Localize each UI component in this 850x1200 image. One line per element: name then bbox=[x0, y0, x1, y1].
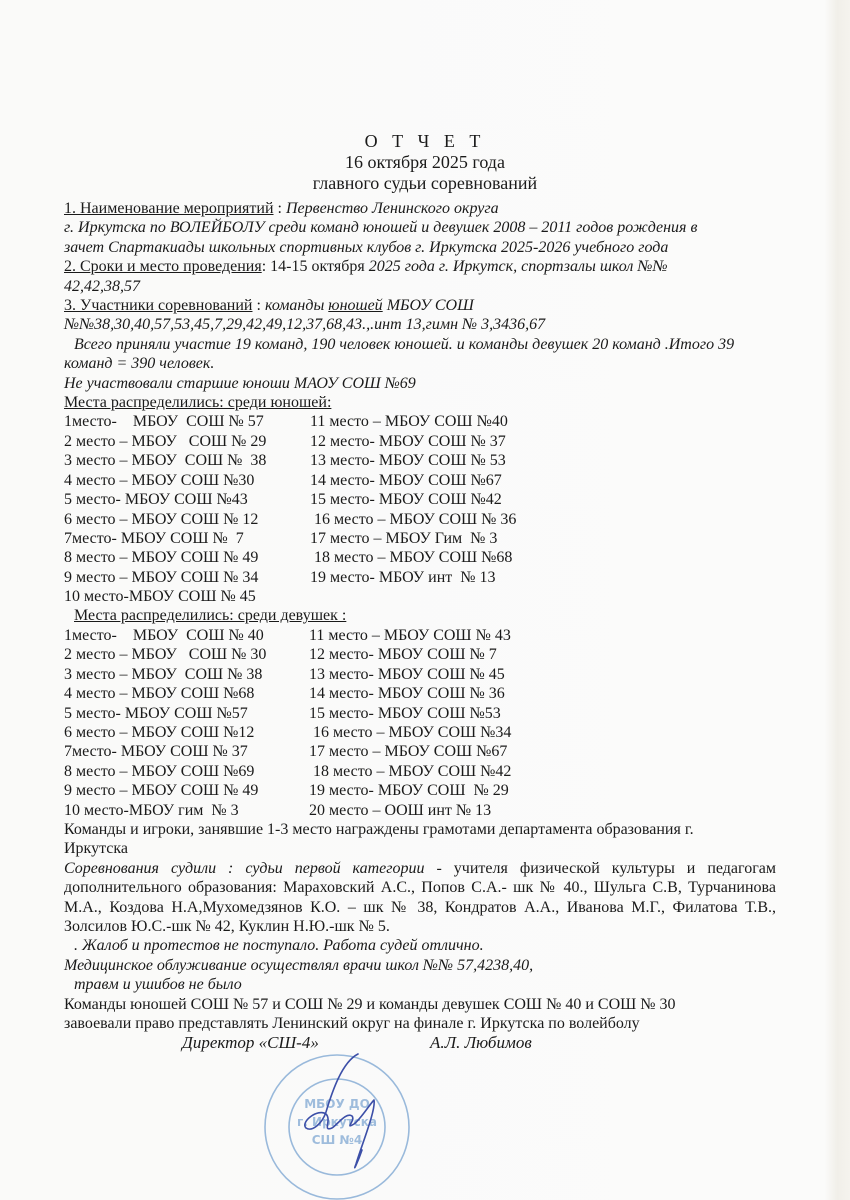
svg-text:МБОУ ДО: МБОУ ДО bbox=[304, 1097, 370, 1111]
participant-totals-cont: команд = 390 человек. bbox=[64, 354, 776, 373]
boys-place-item: 13 место- МБОУ СОШ № 53 bbox=[310, 451, 516, 470]
girls-place-item: 19 место- МБОУ СОШ № 29 bbox=[309, 781, 511, 800]
report-header: О Т Ч Е Т 16 октября 2025 года главного … bbox=[0, 131, 850, 194]
judges-intro: Соревнования судили : судьи первой катег… bbox=[64, 860, 425, 877]
boys-place-item: 11 место – МБОУ СОШ №40 bbox=[310, 412, 516, 431]
boys-place-item: 4 место – МБОУ СОШ №30 bbox=[64, 471, 266, 490]
girls-place-item: 17 место – МБОУ СОШ №67 bbox=[309, 742, 511, 761]
finals-line: Команды юношей СОШ № 57 и СОШ № 29 и ком… bbox=[64, 995, 776, 1014]
girls-place-item: 9 место – МБОУ СОШ № 49 bbox=[64, 781, 266, 800]
girls-places-heading: Места распределились: среди девушек : bbox=[64, 606, 776, 625]
svg-text:СШ №4: СШ №4 bbox=[312, 1133, 363, 1147]
girls-place-item: 12 место- МБОУ СОШ № 7 bbox=[309, 645, 511, 664]
girls-place-item: 11 место – МБОУ СОШ № 43 bbox=[309, 626, 511, 645]
boys-place-item: 1место- МБОУ СОШ № 57 bbox=[64, 412, 266, 431]
signature-row: Директор «СШ-4» А.Л. Любимов bbox=[64, 1033, 776, 1055]
girls-place-item: 4 место – МБОУ СОШ №68 bbox=[64, 684, 266, 703]
girls-place-item: 2 место – МБОУ СОШ № 30 bbox=[64, 645, 266, 664]
boys-place-item: 9 место – МБОУ СОШ № 34 bbox=[64, 568, 266, 587]
girls-place-item: 18 место – МБОУ СОШ №42 bbox=[309, 762, 511, 781]
boys-places-left-column: 1место- МБОУ СОШ № 572 место – МБОУ СОШ … bbox=[64, 412, 266, 606]
girls-place-item: 8 место – МБОУ СОШ №69 bbox=[64, 762, 266, 781]
event-name: Первенство Ленинского округа bbox=[286, 200, 499, 217]
boys-place-item: 18 место – МБОУ СОШ №68 bbox=[310, 548, 516, 567]
participant-totals: Всего приняли участие 19 команд, 190 чел… bbox=[64, 335, 776, 354]
boys-places-list: 1место- МБОУ СОШ № 572 место – МБОУ СОШ … bbox=[64, 412, 776, 606]
section-2-label: 2. Сроки и место проведения bbox=[64, 258, 262, 275]
girls-place-item: 7место- МБОУ СОШ № 37 bbox=[64, 742, 266, 761]
report-body: 1. Наименование мероприятий : Первенство… bbox=[64, 199, 776, 1055]
medical-line: Медицинское облуживание осуществлял врач… bbox=[64, 956, 776, 975]
girls-place-item: 15 место- МБОУ СОШ №53 bbox=[309, 704, 511, 723]
official-stamp-icon: МБОУ ДО г. Иркутска СШ №4 bbox=[262, 1052, 412, 1200]
boys-place-item: 14 место- МБОУ СОШ №67 bbox=[310, 471, 516, 490]
girls-place-item: 6 место – МБОУ СОШ №12 bbox=[64, 723, 266, 742]
participant-schools: №№38,30,40,57,53,45,7,29,42,49,12,37,68,… bbox=[64, 315, 776, 334]
non-participants: Не участвовали старшие юноши МАОУ СОШ №6… bbox=[64, 374, 776, 393]
venue-text: 2025 года г. Иркутск, спортзалы школ №№ bbox=[369, 258, 668, 275]
boys-place-item: 15 место- МБОУ СОШ №42 bbox=[310, 490, 516, 509]
boys-place-item: 10 место-МБОУ СОШ № 45 bbox=[64, 587, 266, 606]
boys-place-item: 12 место- МБОУ СОШ № 37 bbox=[310, 432, 516, 451]
girls-place-item: 3 место – МБОУ СОШ № 38 bbox=[64, 665, 266, 684]
judges-paragraph: Соревнования судили : судьи первой катег… bbox=[64, 859, 776, 937]
section-3-label: 3. Участники соревнований bbox=[64, 297, 252, 314]
boys-place-item: 8 место – МБОУ СОШ № 49 bbox=[64, 548, 266, 567]
boys-places-heading: Места распределились: среди юношей: bbox=[64, 393, 776, 412]
awards-line: Команды и игроки, занявшие 1-3 место наг… bbox=[64, 820, 776, 839]
section-2-line: 2. Сроки и место проведения: 14-15 октяб… bbox=[64, 257, 776, 276]
girls-place-item: 1место- МБОУ СОШ № 40 bbox=[64, 626, 266, 645]
boys-place-item: 3 место – МБОУ СОШ № 38 bbox=[64, 451, 266, 470]
boys-place-item: 7место- МБОУ СОШ № 7 bbox=[64, 529, 266, 548]
section-3-line: 3. Участники соревнований : команды юнош… bbox=[64, 296, 776, 315]
boys-place-item: 16 место – МБОУ СОШ № 36 bbox=[310, 510, 516, 529]
girls-place-item: 14 место- МБОУ СОШ № 36 bbox=[309, 684, 511, 703]
event-description-line: зачет Спартакиады школьных спортивных кл… bbox=[64, 238, 776, 257]
director-name: А.Л. Любимов bbox=[430, 1033, 532, 1052]
girls-places-right-column: 11 место – МБОУ СОШ № 4312 место- МБОУ С… bbox=[309, 626, 511, 820]
report-title: О Т Ч Е Т bbox=[0, 131, 850, 152]
report-date: 16 октября 2025 года bbox=[0, 152, 850, 173]
venue-schools: 42,42,38,57 bbox=[64, 277, 776, 296]
boys-place-item: 17 место – МБОУ Гим № 3 bbox=[310, 529, 516, 548]
girls-place-item: 5 место- МБОУ СОШ №57 bbox=[64, 704, 266, 723]
girls-place-item: 10 место-МБОУ гим № 3 bbox=[64, 801, 266, 820]
section-1-line: 1. Наименование мероприятий : Первенство… bbox=[64, 199, 776, 218]
boys-place-item: 2 место – МБОУ СОШ № 29 bbox=[64, 432, 266, 451]
report-subtitle: главного судьи соревнований bbox=[0, 173, 850, 194]
director-title: Директор «СШ-4» bbox=[182, 1033, 319, 1052]
girls-place-item: 16 место – МБОУ СОШ №34 bbox=[309, 723, 511, 742]
girls-place-item: 20 место – ООШ инт № 13 bbox=[309, 801, 511, 820]
boys-place-item: 6 место – МБОУ СОШ № 12 bbox=[64, 510, 266, 529]
boys-place-item: 19 место- МБОУ инт № 13 bbox=[310, 568, 516, 587]
awards-line-cont: Иркутска bbox=[64, 839, 776, 858]
section-1-label: 1. Наименование мероприятий bbox=[64, 200, 274, 217]
medical-line-cont: травм и ушибов не было bbox=[64, 975, 776, 994]
finals-line-cont: завоевали право представлять Ленинский о… bbox=[64, 1014, 776, 1033]
document-page: О Т Ч Е Т 16 октября 2025 года главного … bbox=[0, 0, 850, 1200]
complaints-line: . Жалоб и протестов не поступало. Работа… bbox=[64, 936, 776, 955]
boys-places-right-column: 11 место – МБОУ СОШ №4012 место- МБОУ СО… bbox=[310, 412, 516, 587]
event-description-line: г. Иркутска по ВОЛЕЙБОЛУ среди команд юн… bbox=[64, 218, 776, 237]
girls-places-list: 1место- МБОУ СОШ № 402 место – МБОУ СОШ … bbox=[64, 626, 776, 820]
girls-place-item: 13 место- МБОУ СОШ № 45 bbox=[309, 665, 511, 684]
boys-place-item: 5 место- МБОУ СОШ №43 bbox=[64, 490, 266, 509]
girls-places-left-column: 1место- МБОУ СОШ № 402 место – МБОУ СОШ … bbox=[64, 626, 266, 820]
